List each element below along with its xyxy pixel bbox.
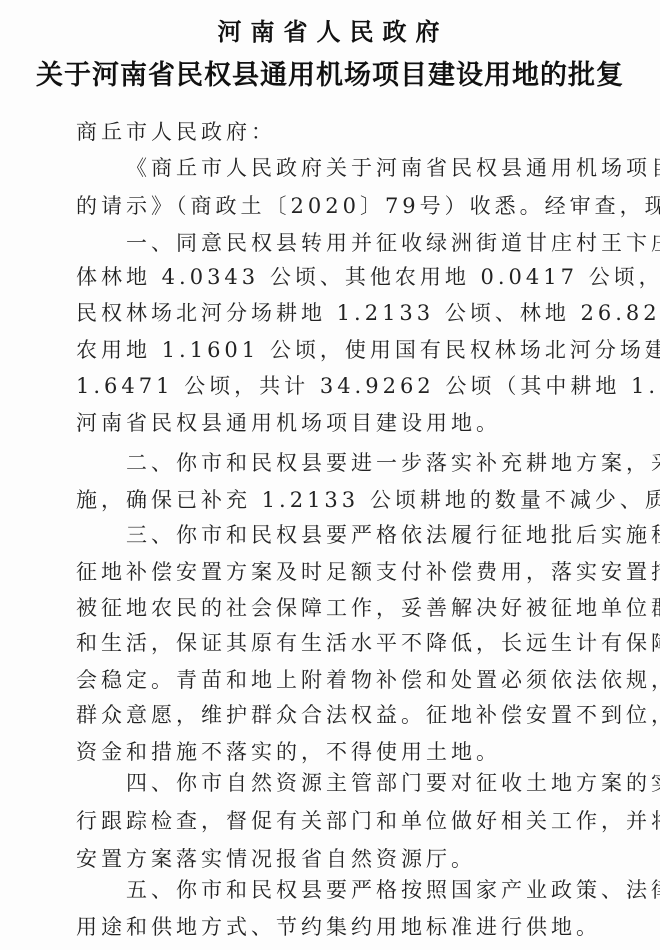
body-text-line: 五、你市和民权县要严格按照国家产业政策、法律法规规定 — [126, 877, 606, 903]
body-text-line: 河南省民权县通用机场项目建设用地。 — [76, 410, 606, 436]
body-text-line: 被征地农民的社会保障工作，妥善解决好被征地单位群众的生产 — [76, 595, 606, 621]
body-text-line: 的请示》（商政土〔2020〕79号）收悉。经审查，现批复如下： — [76, 193, 606, 219]
document-page: 河南省人民政府 关于河南省民权县通用机场项目建设用地的批复 商丘市人民政府： 《… — [0, 0, 660, 950]
issuer-heading: 河南省人民政府 — [0, 16, 660, 48]
body-text-line: 安置方案落实情况报省自然资源厅。 — [76, 846, 606, 872]
body-text-line: 1.6471 公顷，共计 34.9262 公顷（其中耕地 1.2133 公顷），… — [76, 373, 606, 399]
body-text-line: 二、你市和民权县要进一步落实补充耕地方案，采取有力措 — [126, 450, 606, 476]
body-text-line: 《商丘市人民政府关于河南省民权县通用机场项目建设用地 — [126, 155, 606, 181]
body-text-line: 行跟踪检查，督促有关部门和单位做好相关工作，并将征地补偿 — [76, 808, 606, 834]
body-text-line: 一、同意民权县转用并征收绿洲街道甘庄村王卞庄村民组集 — [126, 230, 606, 256]
body-text-line: 资金和措施不落实的，不得使用土地。 — [76, 739, 606, 765]
document-title: 关于河南省民权县通用机场项目建设用地的批复 — [0, 60, 660, 92]
body-text-line: 民权林场北河分场耕地 1.2133 公顷、林地 26.8297 公顷、其他 — [76, 300, 606, 326]
body-text-line: 四、你市自然资源主管部门要对征收土地方案的实施情况进 — [126, 770, 606, 796]
body-text-line: 农用地 1.1601 公顷，使用国有民权林场北河分场建设用地 — [76, 337, 606, 363]
body-text-line: 用途和供地方式、节约集约用地标准进行供地。 — [76, 914, 606, 940]
body-text-line: 征地补偿安置方案及时足额支付补偿费用，落实安置措施，做好 — [76, 559, 606, 585]
body-text-line: 和生活，保证其原有生活水平不降低，长远生计有保障，维护社 — [76, 630, 606, 656]
body-text-line: 体林地 4.0343 公顷、其他农用地 0.0417 公顷，转用并使用国有 — [76, 264, 606, 290]
body-text-line: 施，确保已补充 1.2133 公顷耕地的数量不减少、质量有提升。 — [76, 487, 606, 513]
body-text-line: 会稳定。青苗和地上附着物补偿和处置必须依法依规，切实尊重 — [76, 667, 606, 693]
salutation: 商丘市人民政府： — [76, 119, 606, 145]
body-text-line: 三、你市和民权县要严格依法履行征地批后实施程序，按照 — [126, 522, 606, 548]
body-text-line: 群众意愿，维护群众合法权益。征地补偿安置不到位，社会保障 — [76, 702, 606, 728]
